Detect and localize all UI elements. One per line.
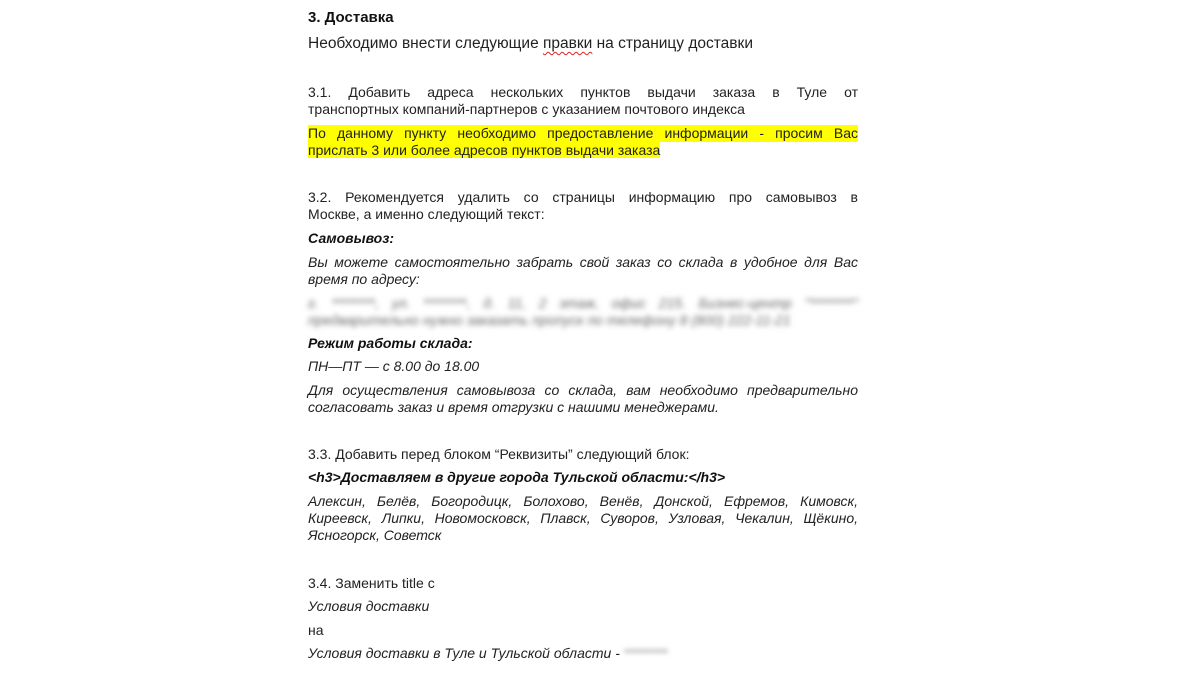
item-3-2-line1: 3.2. Рекомендуется удалить со страницы и…	[308, 189, 858, 206]
pickup-note-line2: согласовать заказ и время отгрузки с наш…	[308, 399, 858, 416]
old-title: Условия доставки	[308, 598, 858, 615]
section-intro: Необходимо внести следующие правки на ст…	[308, 35, 858, 52]
intro-text-end: на страницу доставки	[592, 35, 753, 52]
cities-line3: Ясногорск, Советск	[308, 527, 858, 544]
highlighted-text: По данному пункту необходимо предоставле…	[308, 125, 858, 142]
pickup-note-line1: Для осуществления самовывоза со склада, …	[308, 382, 858, 399]
highlight-note-line2: прислать 3 или более адресов пунктов выд…	[308, 142, 858, 159]
item-3-1-line1: 3.1. Добавить адреса нескольких пунктов …	[308, 84, 858, 101]
item-3-4-line1: 3.4. Заменить title с	[308, 575, 858, 592]
item-3-2-line2: Москве, а именно следующий текст:	[308, 206, 858, 223]
code-heading: <h3>Доставляем в другие города Тульской …	[308, 469, 858, 486]
new-title: Условия доставки в Туле и Тульской облас…	[308, 645, 858, 662]
cities-line2: Киреевск, Липки, Новомосковск, Плавск, С…	[308, 510, 858, 527]
highlight-note-line1: По данному пункту необходимо предоставле…	[308, 125, 858, 142]
intro-text: Необходимо внести следующие	[308, 35, 543, 52]
connector-text: на	[308, 622, 858, 639]
cities-line1: Алексин, Белёв, Богородицк, Болохово, Ве…	[308, 493, 858, 510]
warehouse-hours-heading: Режим работы склада:	[308, 335, 858, 352]
blurred-address-line1: г. ********, ул. ********, д. 11, 2 этаж…	[308, 295, 858, 312]
new-title-text: Условия доставки в Туле и Тульской облас…	[308, 645, 624, 661]
item-3-1-line2: транспортных компаний-партнеров с указан…	[308, 101, 858, 118]
blurred-address-line2: предварительно нужно заказать пропуск по…	[308, 312, 858, 329]
highlighted-text: прислать 3 или более адресов пунктов выд…	[308, 142, 660, 158]
section-title: 3. Доставка	[308, 9, 858, 26]
pickup-heading: Самовывоз:	[308, 230, 858, 247]
blurred-brand-name: ********	[624, 645, 668, 662]
pickup-text-line1: Вы можете самостоятельно забрать свой за…	[308, 254, 858, 271]
item-3-3-line1: 3.3. Добавить перед блоком “Реквизиты” с…	[308, 446, 858, 463]
pickup-text-line2: время по адресу:	[308, 271, 858, 288]
warehouse-hours: ПН—ПТ — с 8.00 до 18.00	[308, 358, 858, 375]
misspelled-word[interactable]: правки	[543, 35, 592, 52]
